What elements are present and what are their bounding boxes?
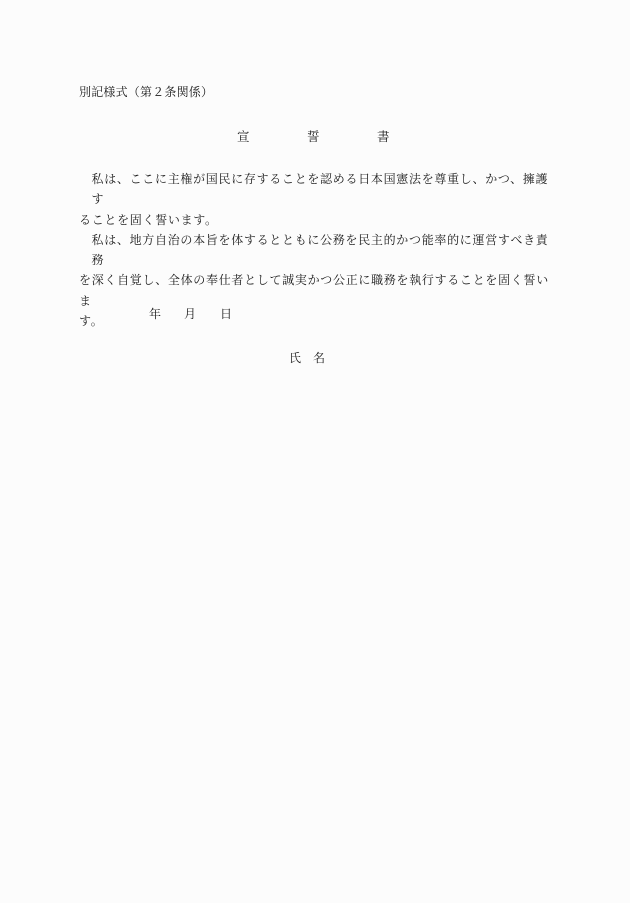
oath-paragraph-1: 私は、ここに主権が国民に存することを認める日本国憲法を尊重し、かつ、擁護す るこ…: [79, 169, 549, 230]
day-label: 日: [220, 306, 232, 322]
paragraph-2-line-2: を深く自覚し、全体の奉仕者として誠実かつ公正に職務を執行することを固く誓いま: [79, 270, 549, 311]
document-page: 別記様式（第２条関係） 宣 誓 書 私は、ここに主権が国民に存することを認める日…: [0, 0, 630, 903]
paragraph-1-line-2: ることを固く誓います。: [79, 210, 549, 230]
form-label: 別記様式（第２条関係）: [79, 84, 213, 100]
name-label-char-1: 氏: [289, 350, 301, 366]
name-label-char-2: 名: [313, 350, 325, 366]
title-char-3: 書: [377, 129, 390, 145]
year-label: 年: [149, 306, 161, 322]
paragraph-1-line-1: 私は、ここに主権が国民に存することを認める日本国憲法を尊重し、かつ、擁護す: [79, 169, 549, 210]
title-char-1: 宣: [237, 129, 250, 145]
month-label: 月: [184, 306, 196, 322]
paragraph-2-line-1: 私は、地方自治の本旨を体するとともに公務を民主的かつ能率的に運営すべき責務: [79, 230, 549, 271]
title-char-2: 誓: [307, 129, 320, 145]
